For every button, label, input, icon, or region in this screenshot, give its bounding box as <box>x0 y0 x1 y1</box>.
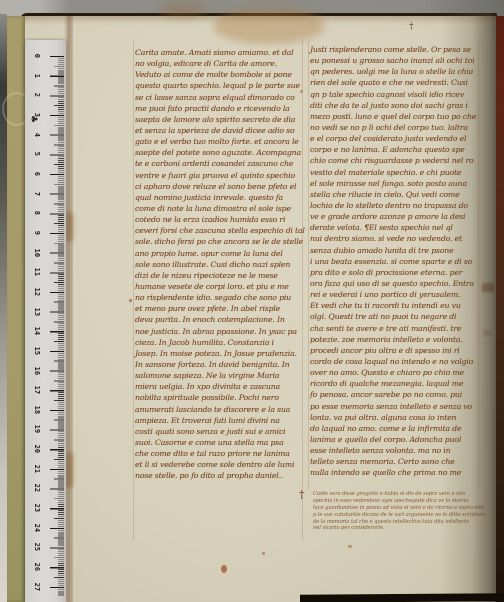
manuscript-line: gato e el verbo tuo molto forte. et anco… <box>135 136 303 147</box>
manuscript-line: no risplendente idio. segado che sono pi… <box>135 292 303 303</box>
manuscript-line: anumerati lasciando te discorere e la su… <box>135 404 303 415</box>
manuscript-line: nobilta spirituale possibile. Pochi nero <box>135 392 303 403</box>
manuscript-line: nose stelle. po fo dito al propha daniel… <box>135 470 303 481</box>
manuscript-column-left: Carita amate. Amati siamo amiamo. et dal… <box>135 47 303 481</box>
manuscript-line: Veduto ai come de molte bombole si pone <box>135 69 303 80</box>
ruler-number: 20 <box>27 441 47 457</box>
manuscript-line: ci apharo dove reluze el sono bene pfeto… <box>135 181 303 192</box>
manuscript-line: te e carboni ardenti cosandei zascuno ch… <box>135 158 303 169</box>
ruler-number: 5 <box>27 146 47 162</box>
manuscript-line: sole sono illustrate. Cusi dicho nazi sp… <box>135 259 303 270</box>
trefoil-icon: ♣ <box>28 115 38 123</box>
ruler-number: 11 <box>27 264 47 280</box>
ruler-number: 17 <box>27 382 47 398</box>
ruler-number: 23 <box>27 500 47 516</box>
ruler-number: 19 <box>27 421 47 437</box>
ruler-number: 4 <box>27 126 47 142</box>
ruler-number: 7 <box>27 185 47 201</box>
manuscript-line: cotedo ne la erza izadios humida esso ri <box>135 214 303 225</box>
ruling-line <box>133 40 134 540</box>
manuscript-line: se ci lasse sanza sopra elqual dimorado … <box>135 92 303 103</box>
ruler-number: 2 <box>27 87 47 103</box>
ruler-number: 18 <box>27 402 47 418</box>
ruler-number: 9 <box>27 225 47 241</box>
manuscript-line: dizi de le nizeu ripecioteze ne le mese <box>135 270 303 281</box>
manuscript-line: humane vesete de corpi loro. et piu e me <box>135 281 303 292</box>
parchment-stain <box>160 2 206 18</box>
manuscript-line: et senza la sperieza de david dicee adio… <box>135 125 303 136</box>
manuscript-line: deva purita. In enoch cotemplacione. In <box>135 314 303 325</box>
quire-mark-cross: † <box>409 22 414 32</box>
manuscript-line: Josep. In moise poteza. In Josue prudenz… <box>135 348 303 359</box>
ruler-number: 6 <box>27 166 47 182</box>
ruler-number: 27 <box>27 579 47 595</box>
manuscript-line: come di note la luna dimostra el sole is… <box>135 203 303 214</box>
ruler-number: 24 <box>27 520 47 536</box>
page-bottom-edge <box>300 593 504 602</box>
manuscript-line: che come dito e tal razo priore ne lanim… <box>135 448 303 459</box>
ruler-number: 1 <box>27 67 47 83</box>
ruler-number: 8 <box>27 205 47 221</box>
manuscript-line: et meno pure ovez pfete. In abel risple <box>135 303 303 314</box>
manuscript-line: me puoi fato practii dando e ricevendo l… <box>135 103 303 114</box>
manuscript-line: In sansone forteza. In david benignita. … <box>135 359 303 370</box>
ruler-number: 13 <box>27 303 47 319</box>
ruler-number: 0 <box>27 48 47 64</box>
rust-spot <box>262 552 265 555</box>
ruler-scale-numbers: 0123456789101112131415161718192021222324… <box>29 46 45 596</box>
margin-dot <box>129 299 132 302</box>
manuscript-line: cieza. In Jacob humilita. Constanzia i <box>135 337 303 348</box>
manuscript-line: qual nomino justicia inrevale. questo fa <box>135 192 303 203</box>
manuscript-line: sole. dicho fersi po che ancora se le de… <box>135 236 303 247</box>
manuscript-line: Carita amate. Amati siamo amiamo. et dal <box>135 47 303 58</box>
manuscript-line: miera uelgia. In xpo divinita e zascuna <box>135 381 303 392</box>
manuscript-line: saepte del potete sono aguzate. Acompagn… <box>135 147 303 158</box>
book-binding-edge <box>496 16 504 602</box>
rust-spot <box>348 545 352 548</box>
gutter-shadow <box>440 13 497 602</box>
marginal-note-cross: † <box>299 488 305 501</box>
manuscript-line: ventre e fuori gia pruova el quinto spec… <box>135 170 303 181</box>
ruler-number: 25 <box>27 539 47 555</box>
ruler-number: 14 <box>27 323 47 339</box>
manuscript-line: suoi. Casorne e come una stella ma psa <box>135 437 303 448</box>
ruler-number: 26 <box>27 559 47 575</box>
ruling-line <box>308 40 309 490</box>
manuscript-line: et li si vederebe come sole dentro ale l… <box>135 459 303 470</box>
manuscript-line: no volgia, edicare di Carita de amore. <box>135 58 303 69</box>
manuscript-line: questo quarto spechio. lequal p le parte… <box>135 80 303 91</box>
manuscript-line: ampieza. Et troverai fati lumi divini na <box>135 415 303 426</box>
rust-spot <box>221 565 227 573</box>
ruler-number: 10 <box>27 244 47 260</box>
ruler-cm-ticks <box>50 56 64 596</box>
ruler-number: 12 <box>27 284 47 300</box>
manuscript-line: saepta de lamore alo spirito secreto de … <box>135 114 303 125</box>
manuscript-line: ceveri forsi che zascuna stella espechio… <box>135 225 303 236</box>
ruler-number: 15 <box>27 343 47 359</box>
manuscript-line: noe justicia. In abraa ppassione. In ysa… <box>135 326 303 337</box>
parchment-stain <box>213 8 325 44</box>
manuscript-line: costi quati sono senza e justi sui e ami… <box>135 426 303 437</box>
ruler-number: 16 <box>27 362 47 378</box>
manuscript-line: ano propio lume. opur come la luna del <box>135 248 303 259</box>
manuscript-line: salomone sapieza. Ne la virgine Maria <box>135 370 303 381</box>
ruler-number: 22 <box>27 480 47 496</box>
ruler-number: 21 <box>27 461 47 477</box>
